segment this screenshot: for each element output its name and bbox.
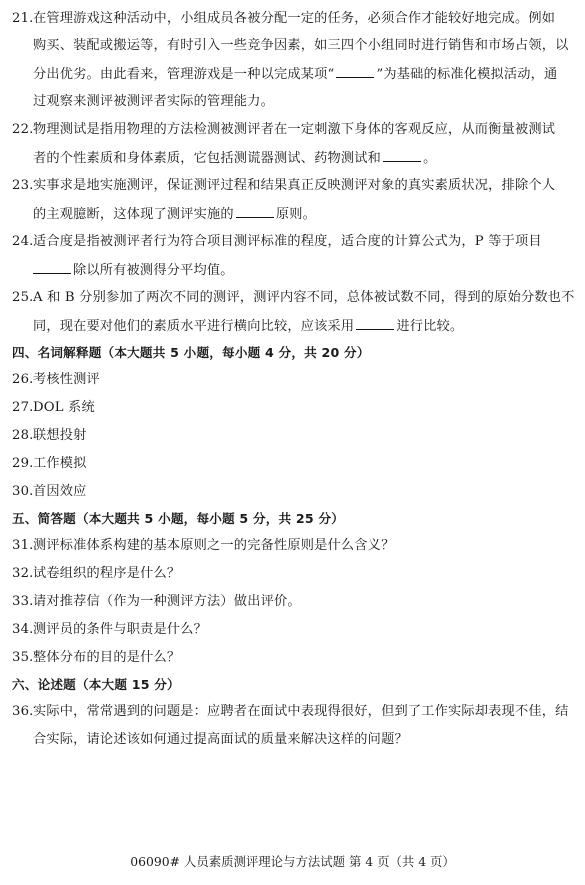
question-24-line-1: 24.适合度是指被测评者行为符合项目测评标准的程度，适合度的计算公式为，P 等于… — [0, 233, 585, 251]
question-number: 23. — [12, 177, 33, 195]
answer-blank — [33, 261, 71, 274]
question-22-line-1: 22.物理测试是指用物理的方法检测被测评者在一定刺激下身体的客观反应，从而衡量被… — [0, 121, 585, 139]
question-21-line-4: 过观察来测评被测评者实际的管理能力。 — [0, 93, 585, 111]
question-26: 26.考核性测评 — [0, 371, 585, 389]
question-number: 24. — [12, 233, 33, 251]
question-number: 22. — [12, 121, 33, 139]
question-36-line-2: 合实际，请论述该如何通过提高面试的质量来解决这样的问题？ — [0, 731, 585, 749]
question-27: 27.DOL 系统 — [0, 399, 585, 417]
page-footer: 06090# 人员素质测评理论与方法试题 第 4 页（共 4 页） — [0, 854, 585, 870]
question-36-line-1: 36.实际中，常常遇到的问题是：应聘者在面试中表现得很好，但到了工作实际却表现不… — [0, 703, 585, 721]
answer-blank — [236, 205, 274, 218]
section-5-heading: 五、简答题（本大题共 5 小题，每小题 5 分，共 25 分） — [0, 510, 585, 528]
question-30: 30.首因效应 — [0, 483, 585, 501]
question-32: 32.试卷组织的程序是什么？ — [0, 565, 585, 583]
exam-page: 21.在管理游戏这种活动中，小组成员各被分配一定的任务，必须合作才能较好地完成。… — [0, 0, 585, 885]
question-24-line-2: 除以所有被测得分平均值。 — [0, 261, 585, 280]
question-number: 21. — [12, 10, 33, 28]
answer-blank — [336, 65, 374, 78]
question-31: 31.测评标准体系构建的基本原则之一的完备性原则是什么含义？ — [0, 537, 585, 555]
question-21-line-1: 21.在管理游戏这种活动中，小组成员各被分配一定的任务，必须合作才能较好地完成。… — [0, 10, 585, 28]
question-35: 35.整体分布的目的是什么？ — [0, 649, 585, 667]
question-23-line-1: 23.实事求是地实施测评，保证测评过程和结果真正反映测评对象的真实素质状况，排除… — [0, 177, 585, 195]
question-23-line-2: 的主观臆断，这体现了测评实施的原则。 — [0, 205, 585, 224]
section-4-heading: 四、名词解释题（本大题共 5 小题，每小题 4 分，共 20 分） — [0, 344, 585, 362]
question-25-line-1: 25.A 和 B 分别参加了两次不同的测评，测评内容不同，总体被试数不同，得到的… — [0, 289, 585, 307]
answer-blank — [356, 317, 394, 330]
question-number: 25. — [12, 289, 33, 307]
question-22-line-2: 者的个性素质和身体素质，它包括测谎器测试、药物测试和。 — [0, 149, 585, 168]
answer-blank — [383, 149, 421, 162]
question-29: 29.工作模拟 — [0, 455, 585, 473]
question-25-line-2: 同，现在要对他们的素质水平进行横向比较，应该采用进行比较。 — [0, 317, 585, 336]
question-21-line-2: 购买、装配或搬运等，有时引入一些竞争因素，如三四个小组同时进行销售和市场占领，以 — [0, 37, 585, 55]
question-33: 33.请对推荐信（作为一种测评方法）做出评价。 — [0, 593, 585, 611]
question-34: 34.测评员的条件与职责是什么？ — [0, 621, 585, 639]
section-6-heading: 六、论述题（本大题 15 分） — [0, 676, 585, 694]
question-28: 28.联想投射 — [0, 427, 585, 445]
question-21-line-3: 分出优劣。由此看来，管理游戏是一种以完成某项“”为基础的标准化模拟活动，通 — [0, 65, 585, 84]
